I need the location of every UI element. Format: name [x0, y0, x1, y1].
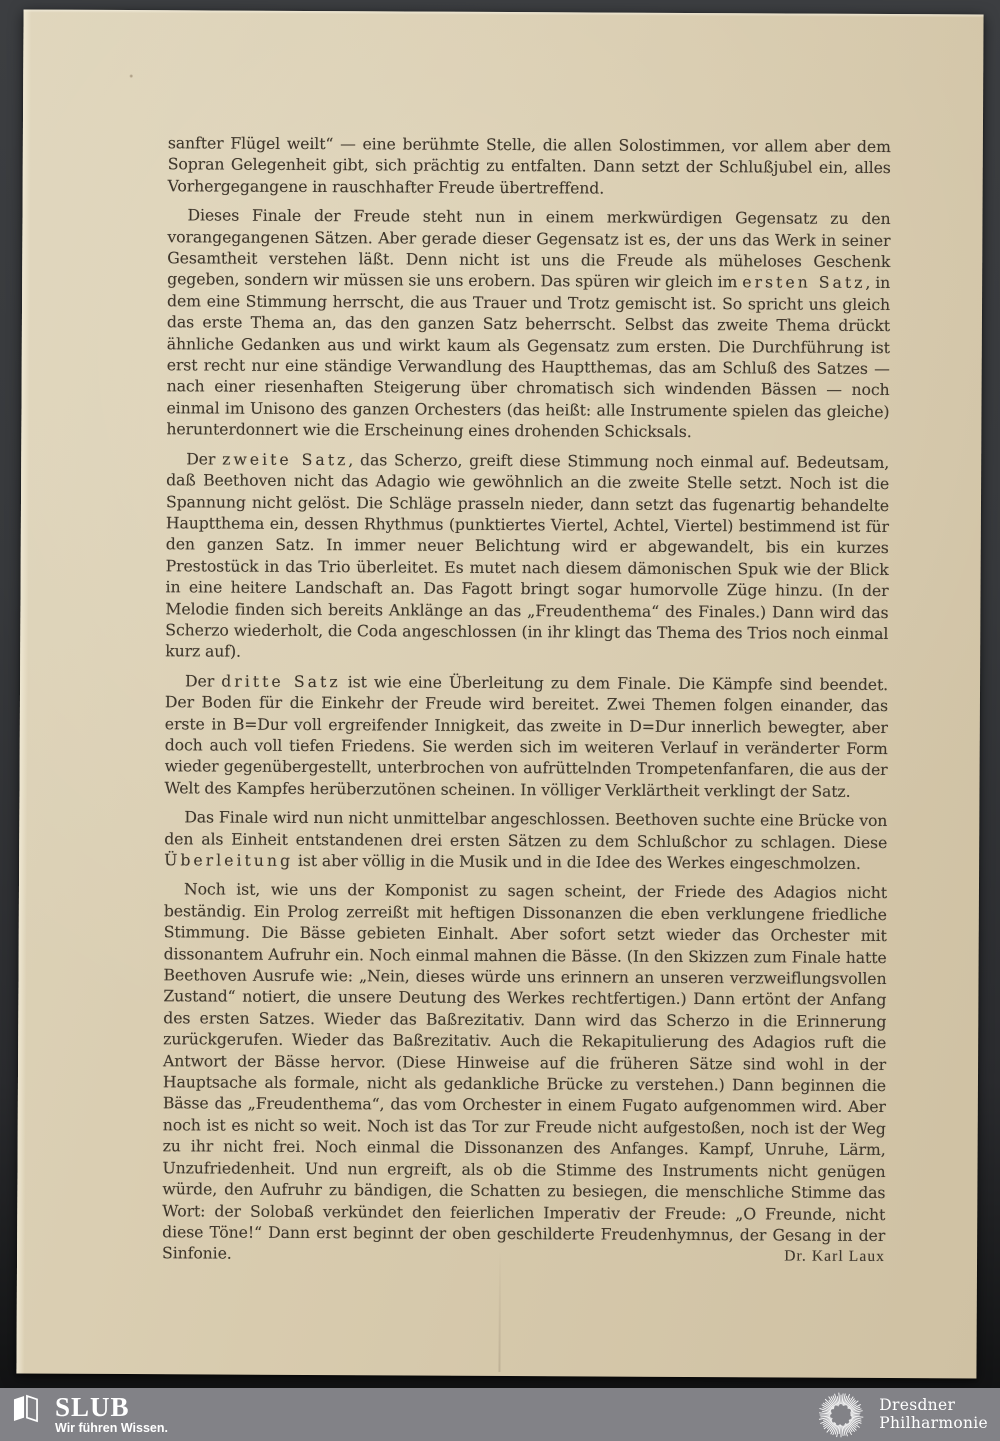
paragraph: sanfter Flügel weilt“ — eine berühmte St… [168, 132, 891, 200]
paper-crease [498, 1250, 501, 1372]
paragraph: Noch ist, wie uns der Komponist zu sagen… [162, 879, 887, 1268]
page-text: sanfter Flügel weilt“ — eine berühmte St… [162, 132, 891, 1268]
slub-tagline: Wir führen Wissen. [55, 1421, 168, 1435]
philharmonie-logo: Dresdner Philharmonie [818, 1388, 990, 1441]
paragraph: Dieses Finale der Freude steht nun in ei… [166, 204, 890, 443]
paragraph: Der zweite Satz, das Scherzo, greift die… [165, 448, 889, 666]
starburst-icon [818, 1392, 864, 1438]
author-signature: Dr. Karl Laux [162, 1243, 885, 1268]
open-book-icon [13, 1394, 38, 1423]
philharmonie-line2: Philharmonie [879, 1415, 988, 1433]
scan-viewport: sanfter Flügel weilt“ — eine berühmte St… [0, 0, 1000, 1441]
scanned-page: sanfter Flügel weilt“ — eine berühmte St… [16, 9, 983, 1378]
slub-wordmark: SLUB [55, 1394, 168, 1420]
paragraph: Das Finale wird nun nicht unmittelbar an… [164, 806, 887, 874]
branding-bar: SLUB Wir führen Wissen. Dresdner Philhar… [0, 1388, 1000, 1441]
slub-logo: SLUB Wir führen Wissen. [13, 1388, 168, 1441]
philharmonie-line1: Dresdner [879, 1397, 988, 1415]
paragraph: Der dritte Satz ist wie eine Überleitung… [164, 670, 888, 802]
